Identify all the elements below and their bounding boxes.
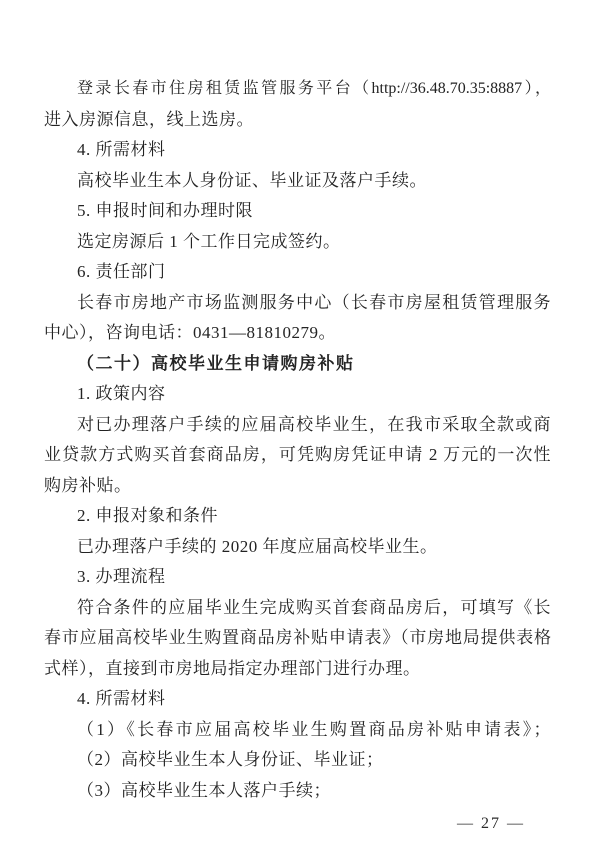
text-line: 对已办理落户手续的应届高校毕业生，在我市采取全款或商 <box>44 410 551 441</box>
numbered-heading: 6. 责任部门 <box>44 257 551 288</box>
numbered-heading: 4. 所需材料 <box>44 135 551 166</box>
text-line: 长春市房地产市场监测服务中心（长春市房屋租赁管理服务 <box>44 288 551 319</box>
page-number: — 27 — <box>457 811 525 837</box>
numbered-heading: 3. 办理流程 <box>44 562 551 593</box>
document-body: 登录长春市住房租赁监管服务平台（http://36.48.70.35:8887）… <box>44 74 551 806</box>
text-line: 业贷款方式购买首套商品房，可凭购房凭证申请 2 万元的一次性 <box>44 440 551 471</box>
list-item: （3）高校毕业生本人落户手续； <box>44 776 551 807</box>
text-line: 高校毕业生本人身份证、毕业证及落户手续。 <box>44 166 551 197</box>
list-item: （2）高校毕业生本人身份证、毕业证； <box>44 745 551 776</box>
numbered-heading: 2. 申报对象和条件 <box>44 501 551 532</box>
section-heading: （二十）高校毕业生申请购房补贴 <box>44 349 551 380</box>
list-item: （1）《长春市应届高校毕业生购置商品房补贴申请表》； <box>44 715 551 746</box>
numbered-heading: 4. 所需材料 <box>44 684 551 715</box>
text-line: 符合条件的应届毕业生完成购买首套商品房后，可填写《长 <box>44 593 551 624</box>
text-line: 进入房源信息，线上选房。 <box>44 105 551 136</box>
text-line: 式样），直接到市房地局指定办理部门进行办理。 <box>44 654 551 685</box>
text-line: 春市应届高校毕业生购置商品房补贴申请表》（市房地局提供表格 <box>44 623 551 654</box>
numbered-heading: 5. 申报时间和办理时限 <box>44 196 551 227</box>
text-line: 登录长春市住房租赁监管服务平台（http://36.48.70.35:8887）… <box>44 74 551 105</box>
document-page: 登录长春市住房租赁监管服务平台（http://36.48.70.35:8887）… <box>0 0 589 858</box>
text-line: 购房补贴。 <box>44 471 551 502</box>
text-line: 已办理落户手续的 2020 年度应届高校毕业生。 <box>44 532 551 563</box>
text-line: 选定房源后 1 个工作日完成签约。 <box>44 227 551 258</box>
text-line: 中心），咨询电话：0431—81810279。 <box>44 318 551 349</box>
numbered-heading: 1. 政策内容 <box>44 379 551 410</box>
